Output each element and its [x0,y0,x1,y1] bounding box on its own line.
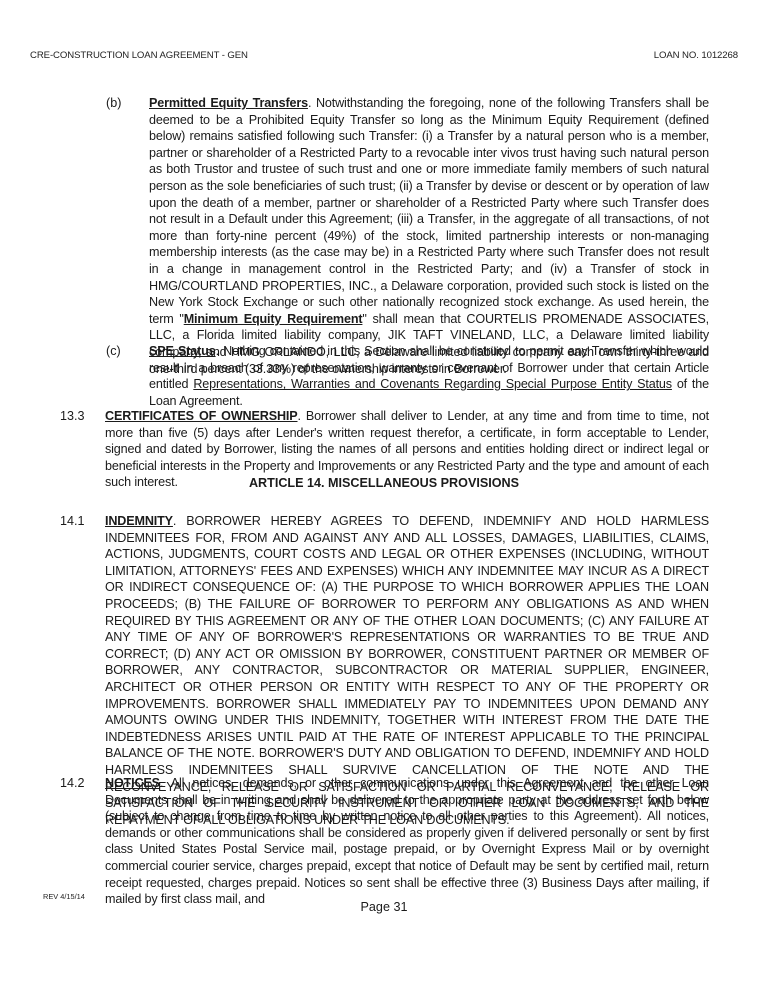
loan-number: LOAN NO. 1012268 [654,50,738,61]
section-14-2-notices: NOTICES. All notices, demands, or other … [105,775,709,908]
section-14-2-title: NOTICES [105,776,160,790]
revision-date: REV 4/15/14 [43,892,85,901]
section-b-text-1: . Notwithstanding the foregoing, none of… [149,96,709,326]
spe-article-reference: Representations, Warranties and Covenant… [193,377,672,391]
minimum-equity-requirement-term: Minimum Equity Requirement [184,312,363,326]
section-14-1-label: 14.1 [60,513,85,530]
section-b-title: Permitted Equity Transfers [149,96,308,110]
section-13-3-title: CERTIFICATES OF OWNERSHIP [105,409,298,423]
section-b-permitted-equity-transfers: Permitted Equity Transfers. Notwithstand… [149,95,709,377]
section-b-label: (b) [106,95,121,112]
section-14-1-title: INDEMNITY [105,514,173,528]
section-c-title: SPE Status [149,344,216,358]
section-14-2-label: 14.2 [60,775,85,792]
section-c-spe-status: SPE Status. Nothing contained in this Se… [149,343,709,409]
page-number: Page 31 [0,900,768,914]
section-14-2-text: . All notices, demands, or other communi… [105,776,709,906]
article-14-heading: ARTICLE 14. MISCELLANEOUS PROVISIONS [0,476,768,490]
section-13-3-label: 13.3 [60,408,85,425]
section-c-label: (c) [106,343,121,360]
document-header-title: CRE-CONSTRUCTION LOAN AGREEMENT - GEN [30,50,248,61]
